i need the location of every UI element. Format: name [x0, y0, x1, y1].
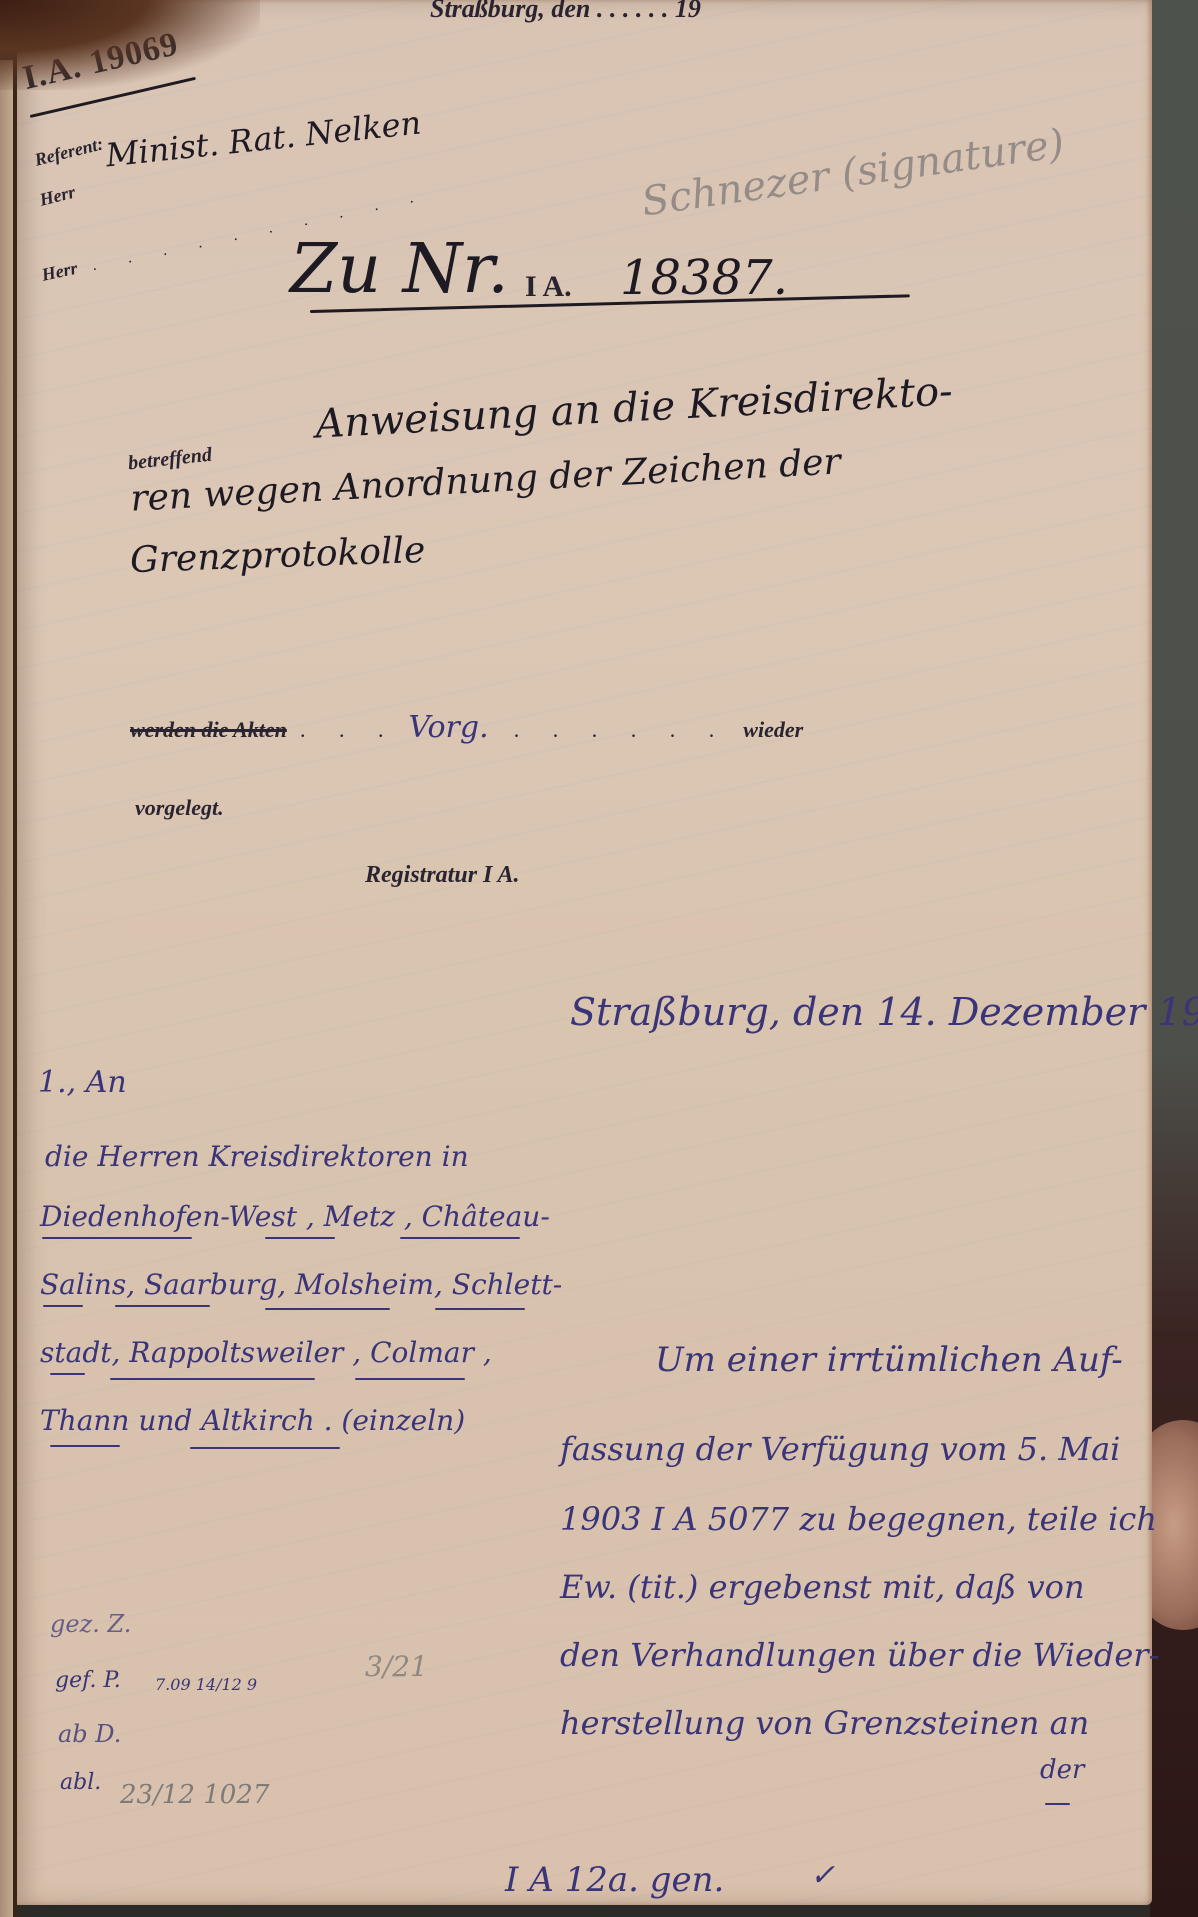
reference-prefix: Zu Nr.	[290, 230, 509, 309]
reference-dept: I A.	[525, 270, 572, 304]
addressee-line-1: die Herren Kreisdirektoren in	[45, 1140, 469, 1173]
body-line-5: den Verhandlungen über die Wieder-	[560, 1636, 1159, 1674]
place-underline	[190, 1447, 340, 1449]
addressee-line-4: stadt, Rappoltsweiler , Colmar ,	[40, 1336, 492, 1369]
catchword: der	[1040, 1755, 1084, 1785]
addressee-line-5: Thann und Altkirch . (einzeln)	[40, 1404, 465, 1437]
place-underline	[110, 1378, 315, 1380]
pencil-note: 3/21	[365, 1650, 428, 1683]
dateline: Straßburg, den 14. Dezember 1909	[570, 990, 1198, 1034]
place-underline	[265, 1237, 335, 1239]
place-underline	[50, 1445, 120, 1447]
body-line-6: herstellung von Grenzsteinen an	[560, 1704, 1089, 1742]
place-underline	[50, 1373, 85, 1375]
place-underline	[115, 1305, 210, 1307]
registry-vorgelegt: vorgelegt.	[135, 795, 224, 821]
margin-note-3: ab D.	[58, 1720, 121, 1748]
margin-note-4: abl.	[60, 1770, 101, 1795]
checkmark: ✓	[810, 1858, 835, 1893]
place-underline	[43, 1305, 83, 1307]
registry-line: werden die Akten . . . Vorg. . . . . . .…	[130, 710, 803, 745]
place-underline	[355, 1378, 465, 1380]
footer-note: I A 12a. gen.	[505, 1860, 724, 1900]
registry-office: Registratur I A.	[365, 862, 520, 889]
document-photo: Straßburg, den . . . . . . 19 I.A. 19069…	[0, 0, 1198, 1917]
catchword-underline	[1045, 1803, 1070, 1805]
body-line-3: 1903 I A 5077 zu begegnen, teile ich	[560, 1500, 1157, 1538]
printed-place-date: Straßburg, den . . . . . . 19	[430, 0, 701, 24]
struck-text: werden die Akten	[130, 717, 287, 742]
document-page	[17, 0, 1152, 1905]
addressee-line-3: Salins, Saarburg, Molsheim, Schlett-	[40, 1268, 562, 1301]
margin-note-2: gef. P.	[55, 1668, 121, 1693]
registry-wieder: wieder	[743, 717, 803, 742]
margin-note-2-extra: 7.09 14/12 9	[155, 1675, 257, 1694]
previous-page-edge	[0, 60, 14, 1917]
place-underline	[42, 1237, 192, 1239]
margin-note-1: gez. Z.	[50, 1610, 131, 1638]
body-line-1: Um einer irrtümlichen Auf-	[655, 1340, 1123, 1380]
background-surface	[1150, 0, 1198, 1917]
body-line-4: Ew. (tit.) ergebenst mit, daß von	[560, 1568, 1085, 1606]
place-underline	[400, 1237, 520, 1239]
registry-inserted: Vorg.	[409, 710, 489, 745]
place-underline	[265, 1308, 390, 1310]
body-line-2: fassung der Verfügung vom 5. Mai	[560, 1430, 1120, 1468]
margin-note-4-extra: 23/12 1027	[120, 1780, 269, 1810]
addressee-item: 1., An	[38, 1065, 127, 1100]
place-underline	[435, 1308, 525, 1310]
addressee-line-2: Diedenhofen-West , Metz , Château-	[40, 1200, 550, 1233]
